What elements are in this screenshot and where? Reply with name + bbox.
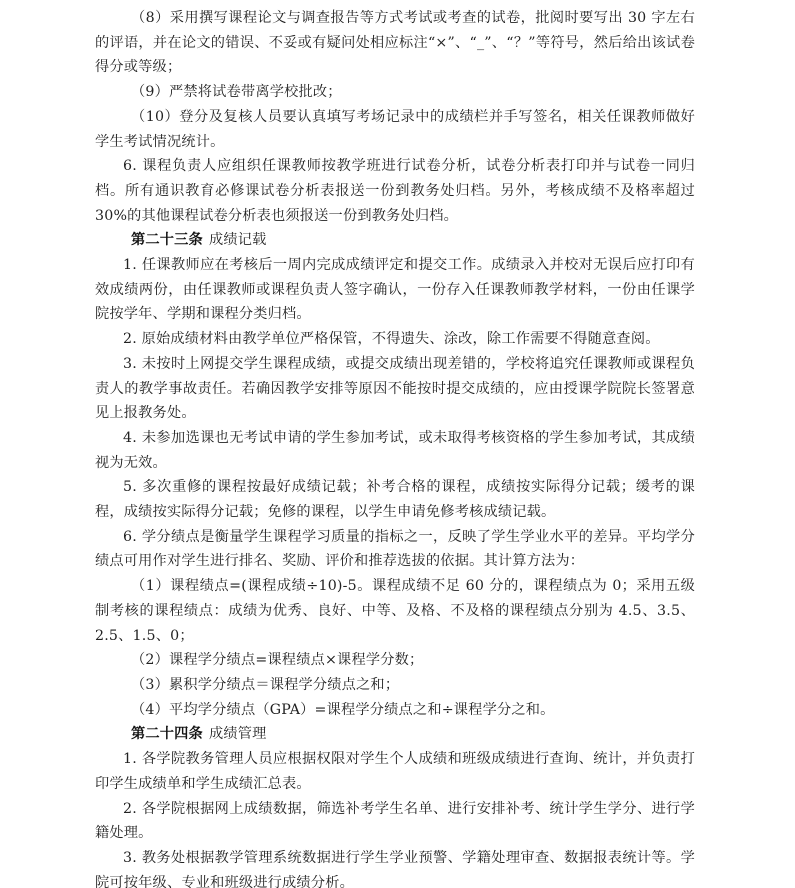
paragraph-item-10: （10）登分及复核人员要认真填写考场记录中的成绩栏并手写签名，相关任课教师做好学… <box>95 105 695 154</box>
formula-item-1: （1）课程绩点=(课程成绩÷10)-5。课程成绩不足 60 分的，课程绩点为 0… <box>95 574 695 648</box>
paragraph-23-6: 6. 学分绩点是衡量学生课程学习质量的指标之一，反映了学生学业水平的差异。平均学… <box>95 525 695 574</box>
formula-item-4: （4）平均学分绩点（GPA）=课程学分绩点之和÷课程学分之和。 <box>95 698 695 723</box>
paragraph-23-2: 2. 原始成绩材料由教学单位严格保管，不得遗失、涂改，除工作需要不得随意查阅。 <box>95 327 695 352</box>
article-title: 成绩记载 <box>209 232 267 248</box>
paragraph-23-5: 5. 多次重修的课程按最好成绩记载；补考合格的课程，成绩按实际得分记载；缓考的课… <box>95 475 695 524</box>
paragraph-item-8: （8）采用撰写课程论文与调查报告等方式考试或考查的试卷，批阅时要写出 30 字左… <box>95 6 695 80</box>
article-23-heading: 第二十三条成绩记载 <box>95 228 695 253</box>
paragraph-23-4: 4. 未参加选课也无考试申请的学生参加考试，或未取得考核资格的学生参加考试，其成… <box>95 426 695 475</box>
paragraph-24-2: 2. 各学院根据网上成绩数据，筛选补考学生名单、进行安排补考、统计学生学分、进行… <box>95 797 695 846</box>
paragraph-6-exam-analysis: 6. 课程负责人应组织任课教师按教学班进行试卷分析，试卷分析表打印并与试卷一同归… <box>95 154 695 228</box>
paragraph-24-3: 3. 教务处根据教学管理系统数据进行学生学业预警、学籍处理审查、数据报表统计等。… <box>95 846 695 888</box>
formula-item-3: （3）累积学分绩点＝课程学分绩点之和； <box>95 673 695 698</box>
article-title: 成绩管理 <box>209 726 267 742</box>
article-24-heading: 第二十四条成绩管理 <box>95 722 695 747</box>
article-number: 第二十四条 <box>131 726 203 742</box>
article-number: 第二十三条 <box>131 232 203 248</box>
paragraph-23-1: 1. 任课教师应在考核后一周内完成成绩评定和提交工作。成绩录入并校对无误后应打印… <box>95 253 695 327</box>
paragraph-item-9: （9）严禁将试卷带离学校批改； <box>95 80 695 105</box>
paragraph-23-3: 3. 未按时上网提交学生课程成绩，或提交成绩出现差错的，学校将追究任课教师或课程… <box>95 352 695 426</box>
paragraph-24-1: 1. 各学院教务管理人员应根据权限对学生个人成绩和班级成绩进行查询、统计，并负责… <box>95 747 695 796</box>
formula-item-2: （2）课程学分绩点=课程绩点×课程学分数； <box>95 648 695 673</box>
document-page: （8）采用撰写课程论文与调查报告等方式考试或考查的试卷，批阅时要写出 30 字左… <box>95 6 695 888</box>
